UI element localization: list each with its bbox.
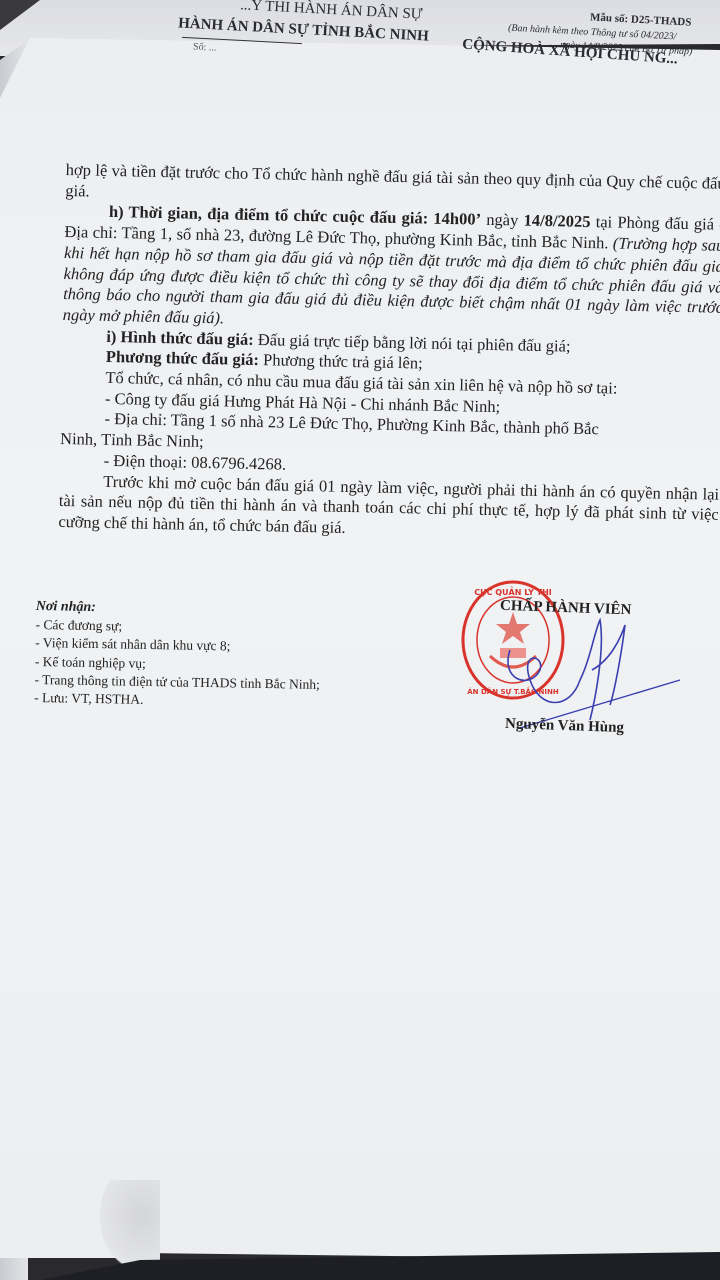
- auction-method-label: Phương thức đấu giá:: [106, 347, 260, 369]
- page-curl: [100, 1180, 160, 1270]
- svg-text:CỤC QUẢN LÝ THI: CỤC QUẢN LÝ THI: [474, 586, 552, 597]
- auction-date: 14/8/2025: [523, 211, 590, 231]
- auction-time: 14h00’: [433, 209, 481, 229]
- recipients-block: Nơi nhận: - Các đương sự; - Viện kiểm sá…: [34, 598, 321, 712]
- document-number: Số: ...: [193, 41, 217, 53]
- section-h: h) Thời gian, địa điểm tổ chức cuộc đấu …: [63, 201, 720, 339]
- auction-method-value: Phương thức trả giá lên;: [263, 351, 423, 373]
- date-prefix: ngày: [486, 210, 518, 230]
- document-body: hợp lệ và tiền đặt trước cho Tổ chức hàn…: [58, 160, 720, 546]
- auction-form-label: i) Hình thức đấu giá:: [106, 327, 254, 349]
- handwritten-signature-icon: [500, 610, 700, 730]
